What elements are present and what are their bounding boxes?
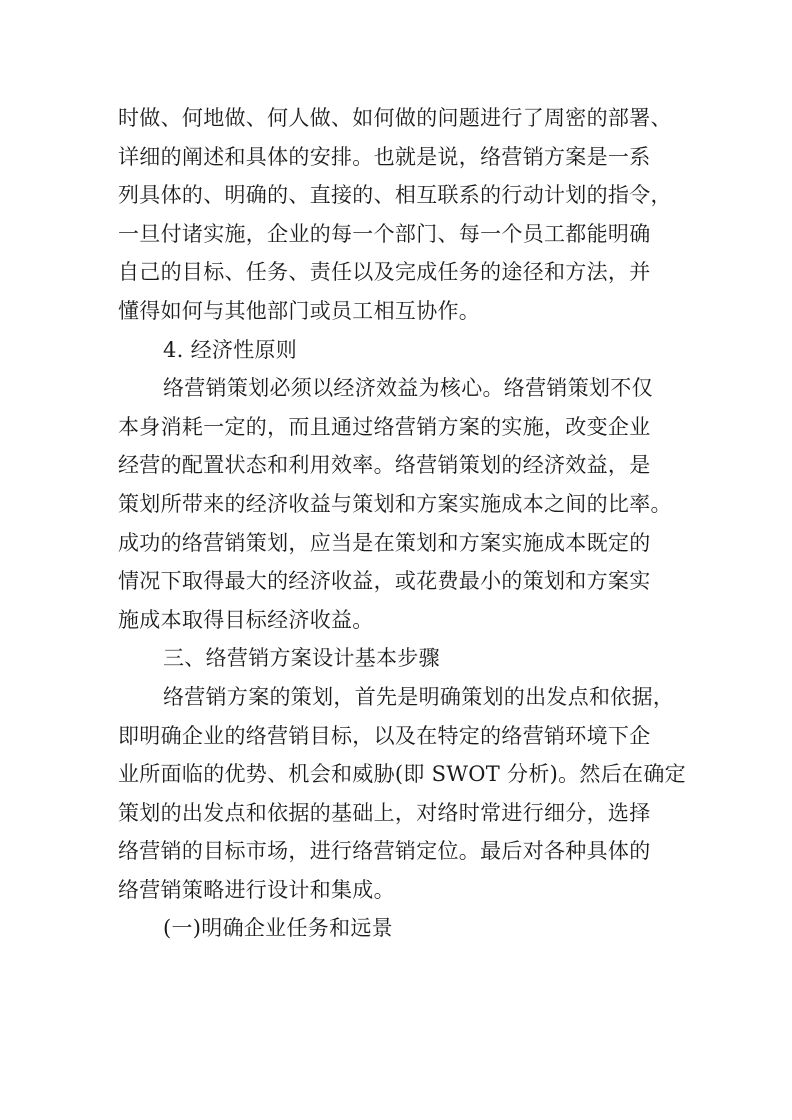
- section-heading-design-steps: 三、络营销方案设计基本步骤: [118, 639, 678, 678]
- text-line: 施成本取得目标经济收益。: [118, 601, 678, 640]
- text-line: 自己的目标、任务、责任以及完成任务的途径和方法，并: [118, 253, 678, 292]
- section-heading-economic-principle: 4. 经济性原则: [118, 331, 678, 370]
- text-line: 列具体的、明确的、直接的、相互联系的行动计划的指令，: [118, 176, 678, 215]
- text-line: 详细的阐述和具体的安排。也就是说，络营销方案是一系: [118, 138, 678, 177]
- text-line: 络营销策略进行设计和集成。: [118, 871, 678, 910]
- text-line: 策划所带来的经济收益与策划和方案实施成本之间的比率。: [118, 485, 678, 524]
- text-line: 即明确企业的络营销目标，以及在特定的络营销环境下企: [118, 717, 678, 756]
- text-line: 业所面临的优势、机会和威胁(即 SWOT 分析)。然后在确定: [118, 755, 678, 794]
- text-line: 一旦付诸实施，企业的每一个部门、每一个员工都能明确: [118, 215, 678, 254]
- text-line: 懂得如何与其他部门或员工相互协作。: [118, 292, 678, 331]
- text-line: 络营销的目标市场，进行络营销定位。最后对各种具体的: [118, 832, 678, 871]
- paragraph-start: 络营销方案的策划，首先是明确策划的出发点和依据，: [118, 678, 678, 717]
- text-line: 本身消耗一定的，而且通过络营销方案的实施，改变企业: [118, 408, 678, 447]
- text-line: 成功的络营销策划，应当是在策划和方案实施成本既定的: [118, 524, 678, 563]
- subsection-heading-mission-vision: (一)明确企业任务和远景: [118, 909, 678, 948]
- text-line: 经营的配置状态和利用效率。络营销策划的经济效益，是: [118, 446, 678, 485]
- paragraph-start: 络营销策划必须以经济效益为核心。络营销策划不仅: [118, 369, 678, 408]
- document-page: 时做、何地做、何人做、如何做的问题进行了周密的部署、 详细的阐述和具体的安排。也…: [0, 0, 792, 1120]
- text-line: 情况下取得最大的经济收益，或花费最小的策划和方案实: [118, 562, 678, 601]
- document-body: 时做、何地做、何人做、如何做的问题进行了周密的部署、 详细的阐述和具体的安排。也…: [118, 99, 678, 948]
- text-line: 策划的出发点和依据的基础上，对络时常进行细分，选择: [118, 794, 678, 833]
- text-line: 时做、何地做、何人做、如何做的问题进行了周密的部署、: [118, 99, 678, 138]
